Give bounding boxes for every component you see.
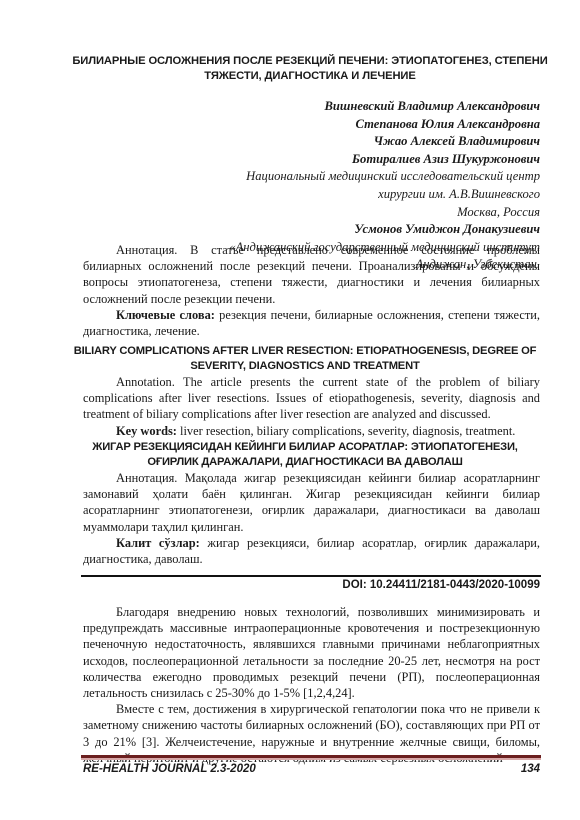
doi-divider	[81, 575, 541, 577]
keywords-paragraph: Калит сўзлар: жигар резекцияси, билиар а…	[83, 535, 540, 567]
keywords-paragraph: Ключевые слова: резекция печени, билиарн…	[83, 307, 540, 339]
article-title-english: BILIARY COMPLICATIONS AFTER LIVER RESECT…	[70, 344, 540, 374]
article-title-uzbek: ЖИГАР РЕЗЕКЦИЯСИДАН КЕЙИНГИ БИЛИАР АСОРА…	[70, 440, 540, 470]
body-paragraph: Благодаря внедрению новых технологий, по…	[83, 604, 540, 701]
author-name: Ботиралиев Азиз Шукуржонович	[140, 151, 540, 169]
document-page: БИЛИАРНЫЕ ОСЛОЖНЕНИЯ ПОСЛЕ РЕЗЕКЦИЙ ПЕЧЕ…	[0, 0, 580, 820]
doi-link[interactable]: DOI: 10.24411/2181-0443/2020-10099	[342, 579, 540, 591]
abstract-text: Аннотация. В статье представлено совреме…	[83, 242, 540, 307]
author-name: Степанова Юлия Александровна	[140, 116, 540, 134]
abstract-uzbek: Аннотация. Мақолада жигар резекциясидан …	[83, 470, 540, 567]
abstract-english: Annotation. The article presents the cur…	[83, 374, 540, 439]
article-title-russian: БИЛИАРНЫЕ ОСЛОЖНЕНИЯ ПОСЛЕ РЕЗЕКЦИЙ ПЕЧЕ…	[60, 54, 560, 84]
keywords-label: Ключевые слова:	[116, 308, 215, 322]
abstract-text: Аннотация. Мақолада жигар резекциясидан …	[83, 470, 540, 535]
abstract-russian: Аннотация. В статье представлено совреме…	[83, 242, 540, 339]
affiliation-line: Москва, Россия	[140, 204, 540, 222]
keywords-label: Key words:	[116, 424, 177, 438]
author-name: Усмонов Умиджон Донакузиевич	[140, 221, 540, 239]
keywords-label: Калит сўзлар:	[116, 536, 200, 550]
footer-divider-light	[81, 758, 541, 760]
affiliation-line: Национальный медицинский исследовательск…	[140, 168, 540, 186]
author-name: Чжао Алексей Владимирович	[140, 133, 540, 151]
abstract-text: Annotation. The article presents the cur…	[83, 374, 540, 423]
keywords-paragraph: Key words: liver resection, biliary comp…	[83, 423, 540, 439]
journal-name: RE-HEALTH JOURNAL 2.3-2020	[83, 763, 256, 775]
article-body: Благодаря внедрению новых технологий, по…	[83, 604, 540, 766]
keywords-text: liver resection, biliary complications, …	[177, 424, 515, 438]
page-number: 134	[521, 763, 540, 775]
author-name: Вишневский Владимир Александрович	[140, 98, 540, 116]
affiliation-line: хирургии им. А.В.Вишневского	[140, 186, 540, 204]
